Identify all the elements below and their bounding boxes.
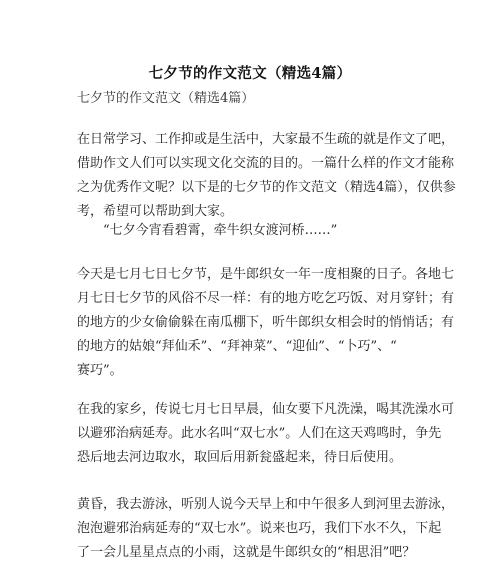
- text-line: 在日常学习、工作抑或是生活中，大家最不生疏的就是作文了吧，: [77, 128, 429, 152]
- intro-paragraph: 在日常学习、工作抑或是生活中，大家最不生疏的就是作文了吧， 借助作文人们可以实现…: [77, 128, 429, 224]
- text-line: 的地方的姑娘“拜仙禾”、“拜神菜”、“迎仙”、“卜巧”、“: [77, 335, 429, 359]
- paragraph-1: 今天是七月七日七夕节，是牛郎织女一年一度相聚的日子。各地七 月七日七夕节的风俗不…: [77, 263, 429, 383]
- paragraph-2: 在我的家乡，传说七月七日早晨，仙女要下凡洗澡，喝其洗澡水可 以避邪治病延寿。此水…: [77, 398, 429, 470]
- document-title: 七夕节的作文范文（精选4篇）: [0, 62, 500, 83]
- text-line: 之为优秀作文呢？以下是的七夕节的作文范文（精选4篇），仅供参: [77, 176, 429, 200]
- text-line: 今天是七月七日七夕节，是牛郎织女一年一度相聚的日子。各地七: [77, 263, 429, 287]
- text-line: 在我的家乡，传说七月七日早晨，仙女要下凡洗澡，喝其洗澡水可: [77, 398, 429, 422]
- paragraph-3: 黄昏，我去游泳，听别人说今天早上和中午很多人到河里去游泳， 泡泡避邪治病延寿的“…: [77, 493, 429, 565]
- text-line: 以避邪治病延寿。此水名叫“双七水”。人们在这天鸡鸣时，争先: [77, 422, 429, 446]
- text-line: 赛巧”。: [77, 359, 429, 383]
- text-line: 借助作文人们可以实现文化交流的目的。一篇什么样的作文才能称: [77, 152, 429, 176]
- text-line: 黄昏，我去游泳，听别人说今天早上和中午很多人到河里去游泳，: [77, 493, 429, 517]
- text-line: 了一会儿星星点点的小雨，这就是牛郎织女的“相思泪”吧？: [77, 541, 429, 565]
- poem-quote: “七夕今宵看碧霄，牵牛织女渡河桥……”: [103, 219, 337, 238]
- text-line: 的地方的少女偷偷躲在南瓜棚下，听牛郎织女相会时的悄悄话；有: [77, 311, 429, 335]
- document-subtitle: 七夕节的作文范文（精选4篇）: [77, 87, 254, 106]
- text-line: 泡泡避邪治病延寿的“双七水”。说来也巧，我们下水不久，下起: [77, 517, 429, 541]
- text-line: 月七日七夕节的风俗不尽一样：有的地方吃乞巧饭、对月穿针；有: [77, 287, 429, 311]
- text-line: 恐后地去河边取水，取回后用新瓮盛起来，待日后使用。: [77, 446, 429, 470]
